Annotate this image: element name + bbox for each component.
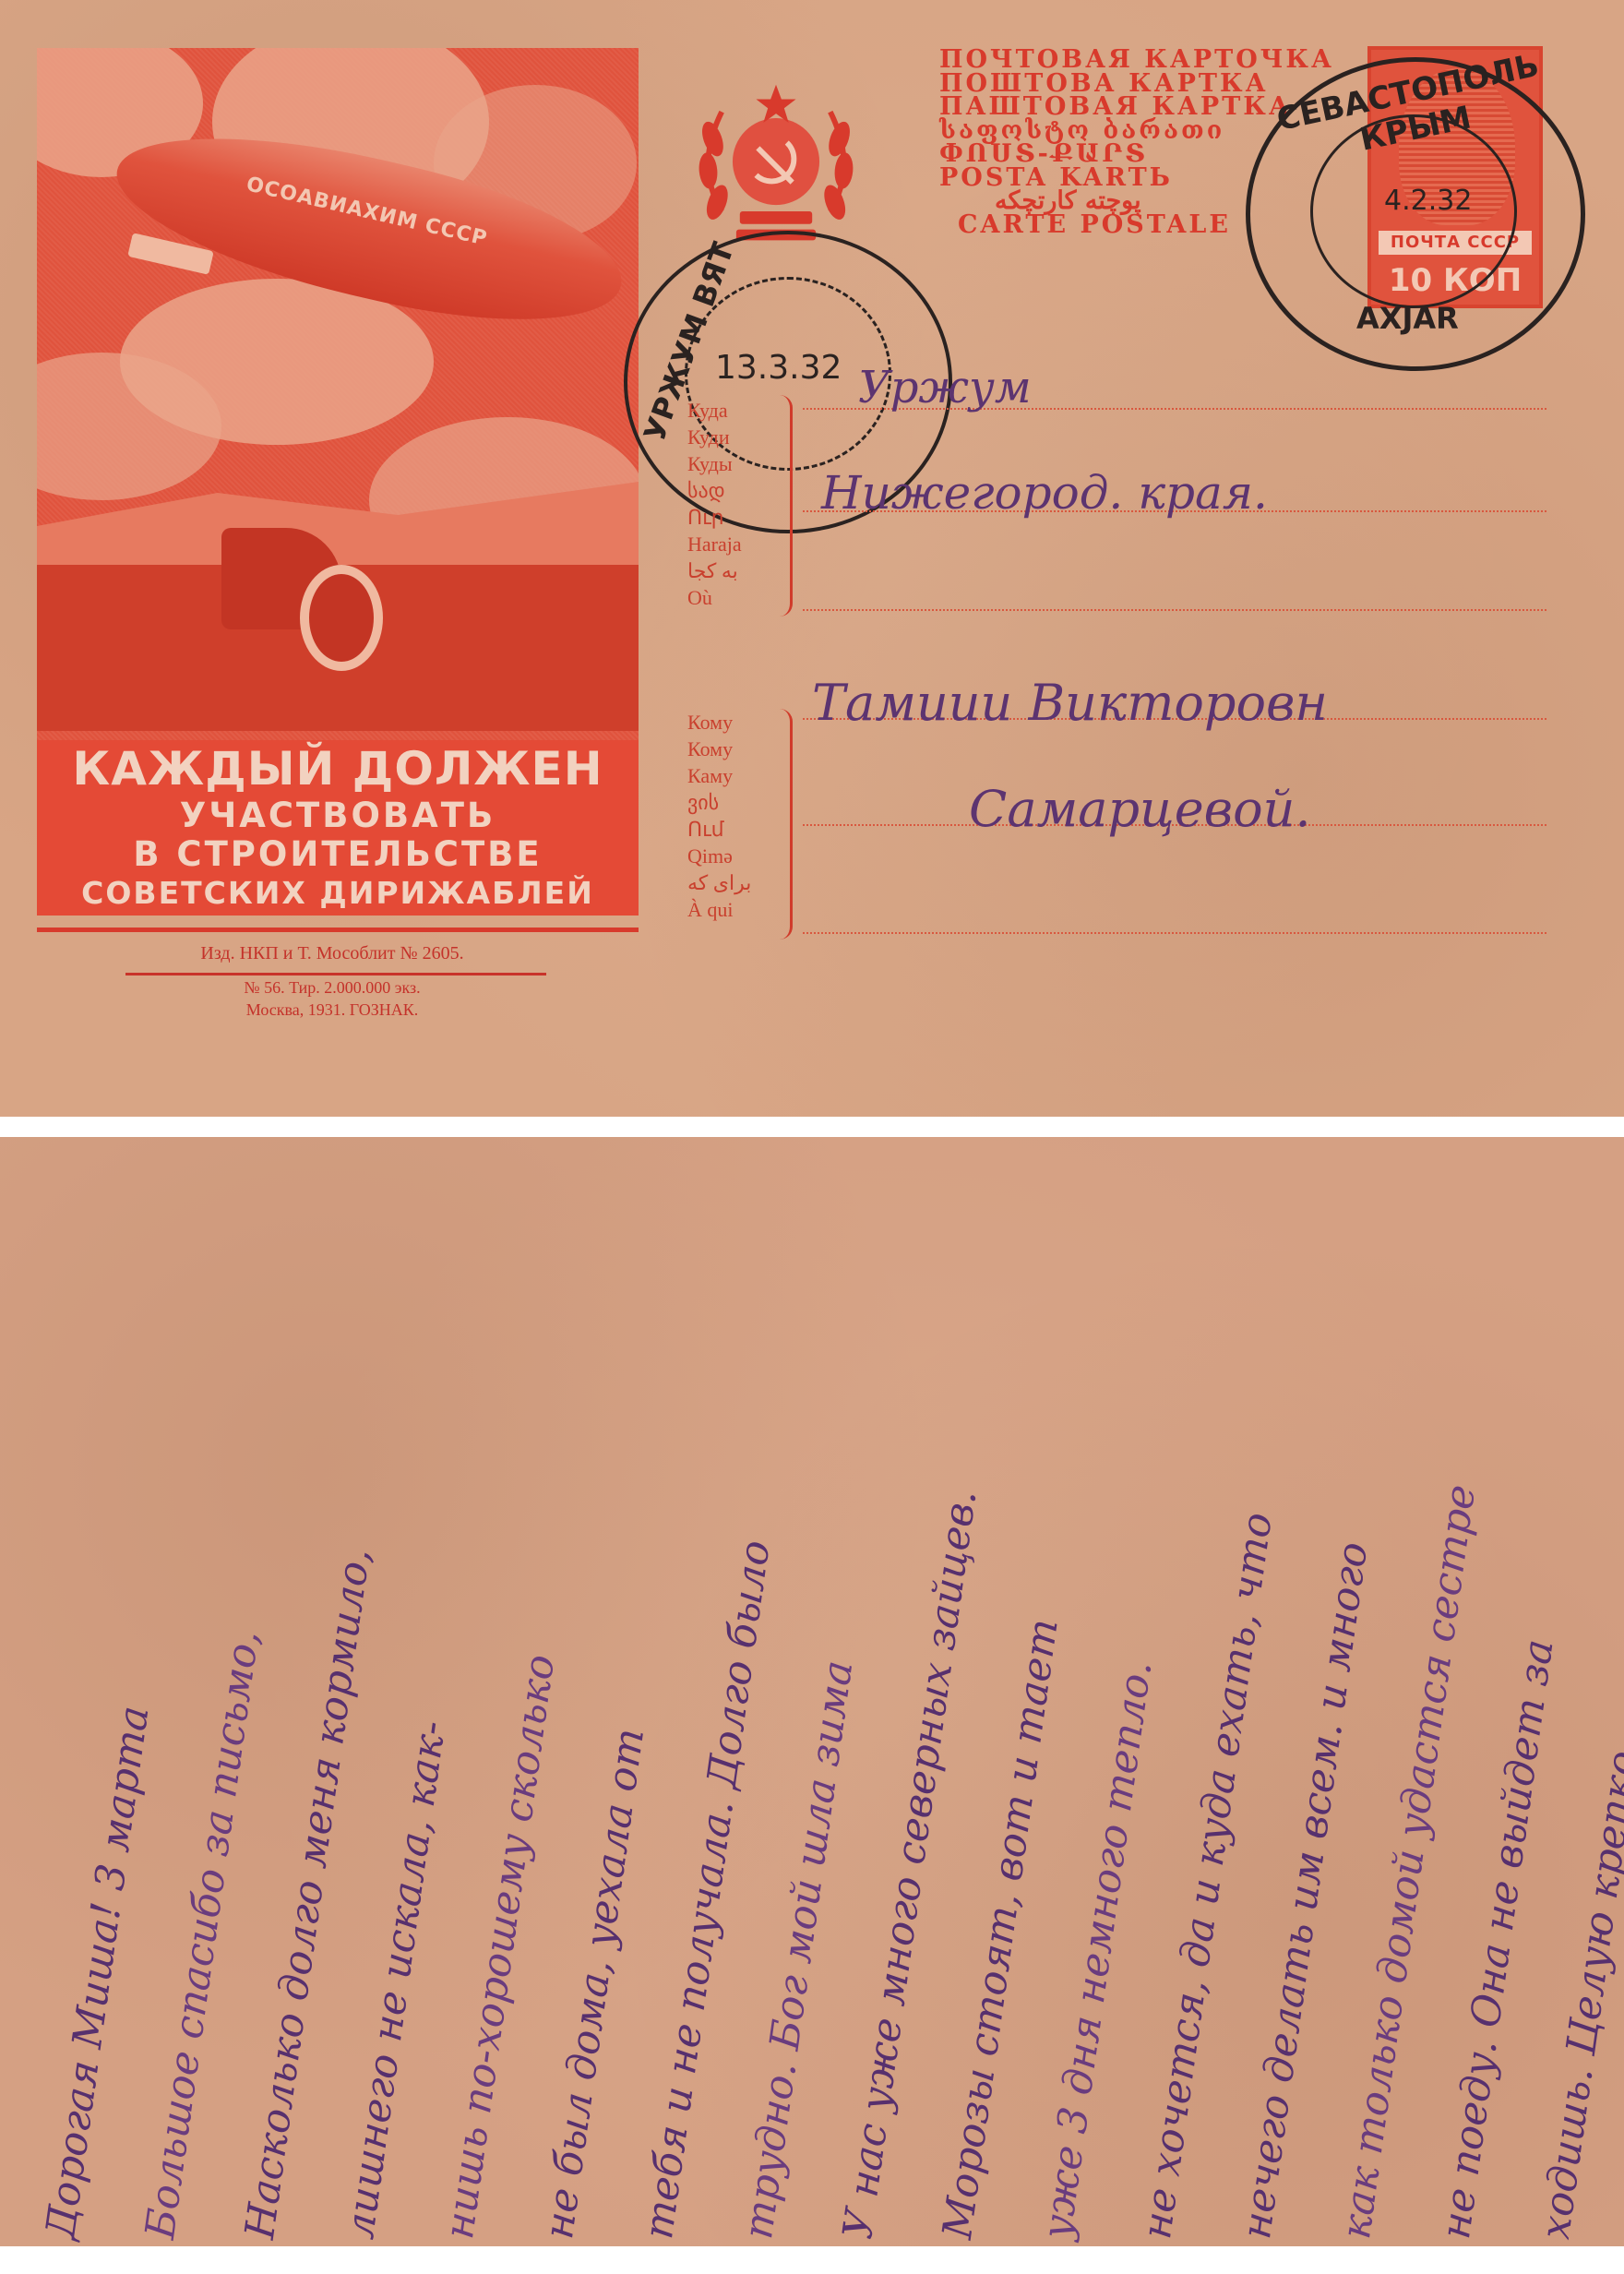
address-recipient-surname: Самарцевой.	[969, 780, 1311, 838]
letter-line: уже 3 дня немного тепло.	[1033, 1658, 1161, 2242]
label-to-whom: Qimə	[687, 843, 751, 869]
slogan-line-3: В СТРОИТЕЛЬСТВЕ	[37, 834, 639, 875]
label-where: Où	[687, 584, 742, 611]
address-city: Уржум	[858, 362, 1032, 413]
postmark-date: 13.3.32	[715, 349, 842, 387]
tractor-wheel	[300, 565, 383, 671]
address-region: Нижегород. края.	[821, 466, 1268, 520]
brace-to-whom	[777, 709, 793, 940]
address-line	[803, 609, 1546, 611]
label-to-whom: Каму	[687, 762, 751, 789]
airship-label: ОСОАВИАХИМ СССР	[244, 173, 489, 250]
label-where: به کجا	[687, 557, 742, 584]
postcard-front: ОСОАВИАХИМ СССР КАЖДЫЙ ДОЛЖЕН УЧАСТВОВАТ…	[0, 0, 1624, 1117]
address-recipient-name: Тамиии Викторовн	[812, 674, 1328, 732]
to-whom-labels: Кому Кому Каму ვის Ում Qimə برای که À qu…	[687, 709, 751, 923]
letter-line: ходишь. Целую крепко	[1532, 1748, 1624, 2242]
label-where: Куди	[687, 424, 742, 450]
label-where: Haraja	[687, 531, 742, 557]
letter-line: лишнего не искала, как-	[336, 1717, 455, 2242]
postcard-back: Дорогая Миша! 3 мартаБольшое спасибо за …	[0, 1137, 1624, 2246]
label-to-whom: À qui	[687, 896, 751, 923]
propaganda-poster: ОСОАВИАХИМ СССР КАЖДЫЙ ДОЛЖЕН УЧАСТВОВАТ…	[37, 48, 639, 916]
imprint-line-1: Изд. НКП и Т. Мособлит № 2605.	[111, 943, 554, 964]
imprint-line-2: № 56. Тир. 2.000.000 экз.	[111, 978, 554, 998]
divider-rule	[125, 973, 546, 975]
letter-line: не был дома, уехала от	[535, 1726, 653, 2242]
divider-rule	[37, 928, 639, 932]
label-to-whom: برای که	[687, 869, 751, 896]
label-to-whom: Кому	[687, 709, 751, 736]
address-line	[803, 932, 1546, 934]
label-where: Ուր	[687, 504, 742, 531]
slogan-line-1: КАЖДЫЙ ДОЛЖЕН	[37, 742, 639, 796]
postmark-date: 4.2.32	[1384, 185, 1472, 217]
imprint-line-3: Москва, 1931. ГОЗНАК.	[111, 1000, 554, 1020]
postmark-bottom-text: АХJAR	[1356, 301, 1459, 336]
brace-where	[777, 395, 793, 616]
label-where: სად	[687, 477, 742, 504]
letter-line: Дорогая Миша! 3 марта	[37, 1703, 159, 2242]
slogan-line-4: СОВЕТСКИХ ДИРИЖАБЛЕЙ	[37, 873, 639, 914]
ussr-emblem-icon	[686, 76, 866, 257]
label-to-whom: Ում	[687, 816, 751, 843]
label-to-whom: Кому	[687, 736, 751, 762]
letter-line: трудно. Бог мой шла зима	[734, 1658, 862, 2242]
label-where: Куда	[687, 397, 742, 424]
where-labels: Куда Куди Куды სად Ուր Haraja به کجا Où	[687, 397, 742, 611]
letter-line: нишь по-хорошему сколько	[436, 1652, 564, 2242]
label-where: Куды	[687, 450, 742, 477]
label-to-whom: ვის	[687, 789, 751, 816]
title-russian: ПОЧТОВАЯ КАРТОЧКА	[939, 48, 1334, 72]
slogan-line-2: УЧАСТВОВАТЬ	[37, 796, 639, 836]
